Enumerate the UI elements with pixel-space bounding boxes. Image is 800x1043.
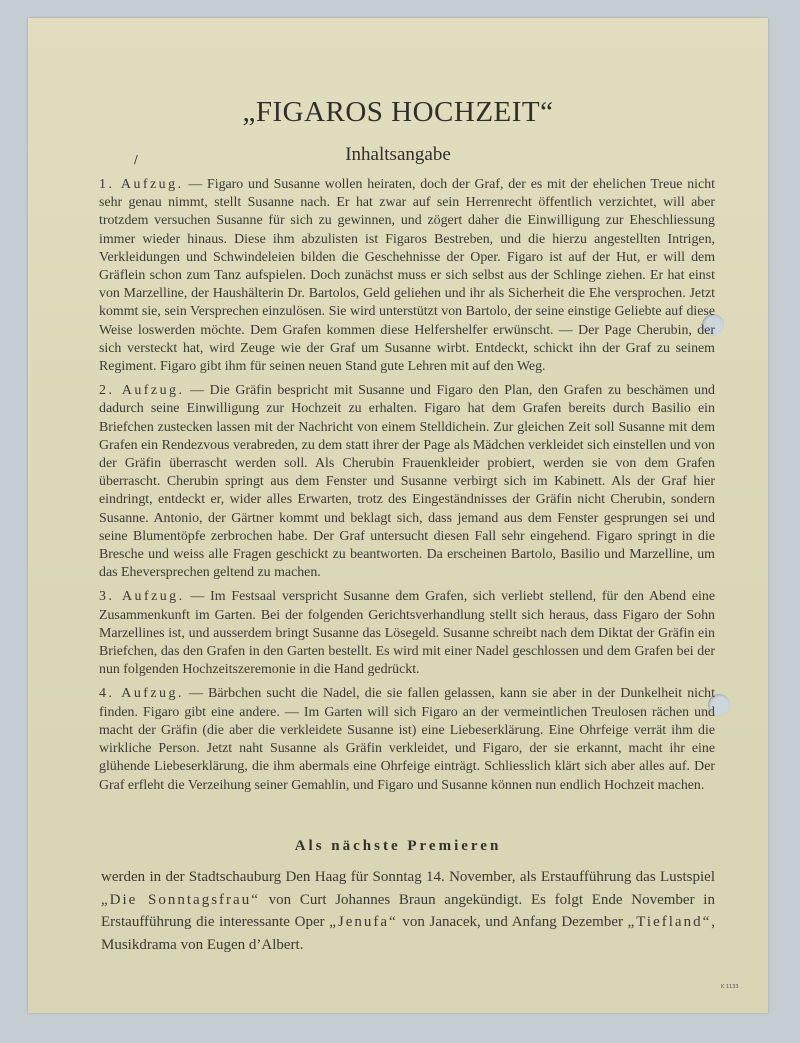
premieres-text: von Janacek, und Anfang Dezember: [398, 914, 628, 930]
document-page: „FIGAROS HOCHZEIT“ Inhaltsangabe / 1. Au…: [28, 18, 768, 1013]
act-1-paragraph: 1. Aufzug. — Figaro und Susanne wollen h…: [99, 176, 715, 376]
play-title: „Die Sonntagsfrau“: [101, 892, 260, 908]
act-label: 4. Aufzug.: [99, 686, 184, 701]
drama-title: „Tiefland“: [628, 914, 712, 930]
premieres-paragraph: werden in der Stadtschauburg Den Haag fü…: [101, 866, 715, 956]
act-text: — Im Festsaal verspricht Susanne dem Gra…: [99, 589, 715, 677]
act-2-paragraph: 2. Aufzug. — Die Gräfin bespricht mit Su…: [99, 382, 715, 582]
printer-code: K 1133: [721, 984, 739, 990]
opera-title: „Jenufa“: [329, 914, 397, 930]
act-text: — Figaro und Susanne wollen heiraten, do…: [99, 177, 715, 374]
act-3-paragraph: 3. Aufzug. — Im Festsaal verspricht Susa…: [99, 588, 715, 679]
document-title: „FIGAROS HOCHZEIT“: [28, 96, 768, 129]
act-label: 3. Aufzug.: [99, 589, 185, 604]
act-label: 1. Aufzug.: [99, 177, 184, 192]
act-text: — Bärbchen sucht die Nadel, die sie fall…: [99, 686, 715, 792]
premieres-text: werden in der Stadtschauburg Den Haag fü…: [101, 869, 715, 885]
premieres-heading: Als nächste Premieren: [28, 838, 768, 855]
margin-mark: /: [134, 153, 138, 166]
act-4-paragraph: 4. Aufzug. — Bärbchen sucht die Nadel, d…: [99, 685, 715, 794]
act-text: — Die Gräfin bespricht mit Susanne und F…: [99, 383, 715, 580]
synopsis: 1. Aufzug. — Figaro und Susanne wollen h…: [99, 176, 715, 801]
act-label: 2. Aufzug.: [99, 383, 184, 398]
document-subtitle: Inhaltsangabe: [28, 144, 768, 166]
